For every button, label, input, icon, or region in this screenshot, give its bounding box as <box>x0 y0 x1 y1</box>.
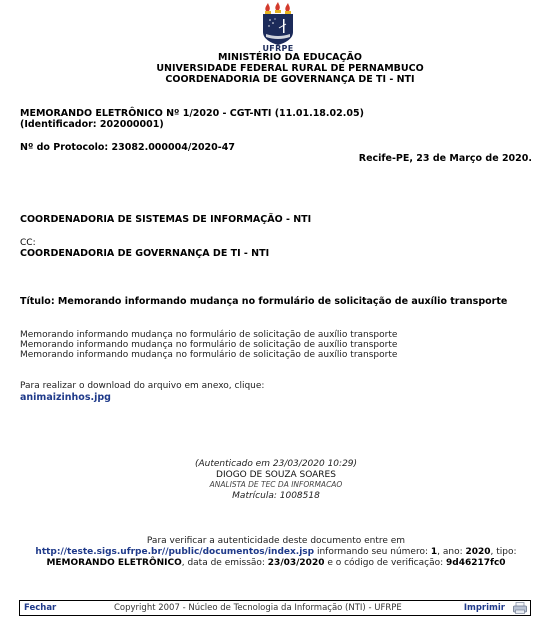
auth-timestamp: (Autenticado em 23/03/2020 10:29) <box>0 459 552 470</box>
close-button[interactable]: Fechar <box>24 603 104 613</box>
doc-type: MEMORANDO ELETRÔNICO <box>46 558 181 568</box>
number-label: informando seu número: <box>314 547 431 557</box>
memo-title: MEMORANDO ELETRÔNICO Nº 1/2020 - CGT-NTI… <box>20 108 364 130</box>
doc-date: 23/03/2020 <box>268 558 325 568</box>
type-label: , tipo: <box>491 547 517 557</box>
attachment-link[interactable]: animaizinhos.jpg <box>20 392 111 403</box>
header-ministry: MINISTÉRIO DA EDUCAÇÃO <box>0 52 552 63</box>
protocol-number: Nº do Protocolo: 23082.000004/2020-47 <box>20 142 235 153</box>
verification-line-1: http://teste.sigs.ufrpe.br//public/docum… <box>0 547 552 558</box>
date-label: , data de emissão: <box>182 558 268 568</box>
verification-line-2: MEMORANDO ELETRÔNICO, data de emissão: 2… <box>0 558 552 569</box>
university-crest-icon <box>259 2 297 46</box>
memo-number: MEMORANDO ELETRÔNICO Nº 1/2020 - CGT-NTI… <box>20 108 364 119</box>
document-header: MINISTÉRIO DA EDUCAÇÃO UNIVERSIDADE FEDE… <box>0 52 552 85</box>
memo-identifier: (Identificador: 202000001) <box>20 119 364 130</box>
header-department: COORDENADORIA DE GOVERNANÇA DE TI - NTI <box>0 74 552 85</box>
memo-subject: Título: Memorando informando mudança no … <box>20 296 507 307</box>
signer-name: DIOGO DE SOUZA SOARES <box>0 470 552 481</box>
memo-body-line: Memorando informando mudança no formulár… <box>20 330 397 340</box>
header-university: UNIVERSIDADE FEDERAL RURAL DE PERNAMBUCO <box>0 63 552 74</box>
verification-url-link[interactable]: http://teste.sigs.ufrpe.br//public/docum… <box>35 547 314 557</box>
print-button[interactable]: Imprimir <box>464 603 505 613</box>
signer-role: ANALISTA DE TEC DA INFORMACAO <box>0 480 552 491</box>
code-label: e o código de verificação: <box>324 558 446 568</box>
verification-block: Para verificar a autenticidade deste doc… <box>0 536 552 569</box>
memo-body: Memorando informando mudança no formulár… <box>20 330 397 360</box>
cc-recipient: COORDENADORIA DE GOVERNANÇA DE TI - NTI <box>20 248 269 259</box>
verification-intro: Para verificar a autenticidade deste doc… <box>0 536 552 547</box>
copyright-text: Copyright 2007 - Núcleo de Tecnologia da… <box>104 603 464 613</box>
memo-date: Recife-PE, 23 de Março de 2020. <box>359 153 532 164</box>
verification-code: 9d46217fc0 <box>446 558 506 568</box>
cc-label: CC: <box>20 238 36 248</box>
memo-body-line: Memorando informando mudança no formulár… <box>20 350 397 360</box>
year-label: , ano: <box>437 547 465 557</box>
doc-year: 2020 <box>465 547 490 557</box>
recipient: COORDENADORIA DE SISTEMAS DE INFORMAÇÃO … <box>20 214 311 225</box>
footer-bar: Fechar Copyright 2007 - Núcleo de Tecnol… <box>19 600 531 616</box>
authentication-block: (Autenticado em 23/03/2020 10:29) DIOGO … <box>0 459 552 501</box>
memo-body-line: Memorando informando mudança no formulár… <box>20 340 397 350</box>
printer-icon[interactable] <box>513 602 527 614</box>
download-label: Para realizar o download do arquivo em a… <box>20 381 264 391</box>
signer-registration: Matrícula: 1008518 <box>0 491 552 502</box>
